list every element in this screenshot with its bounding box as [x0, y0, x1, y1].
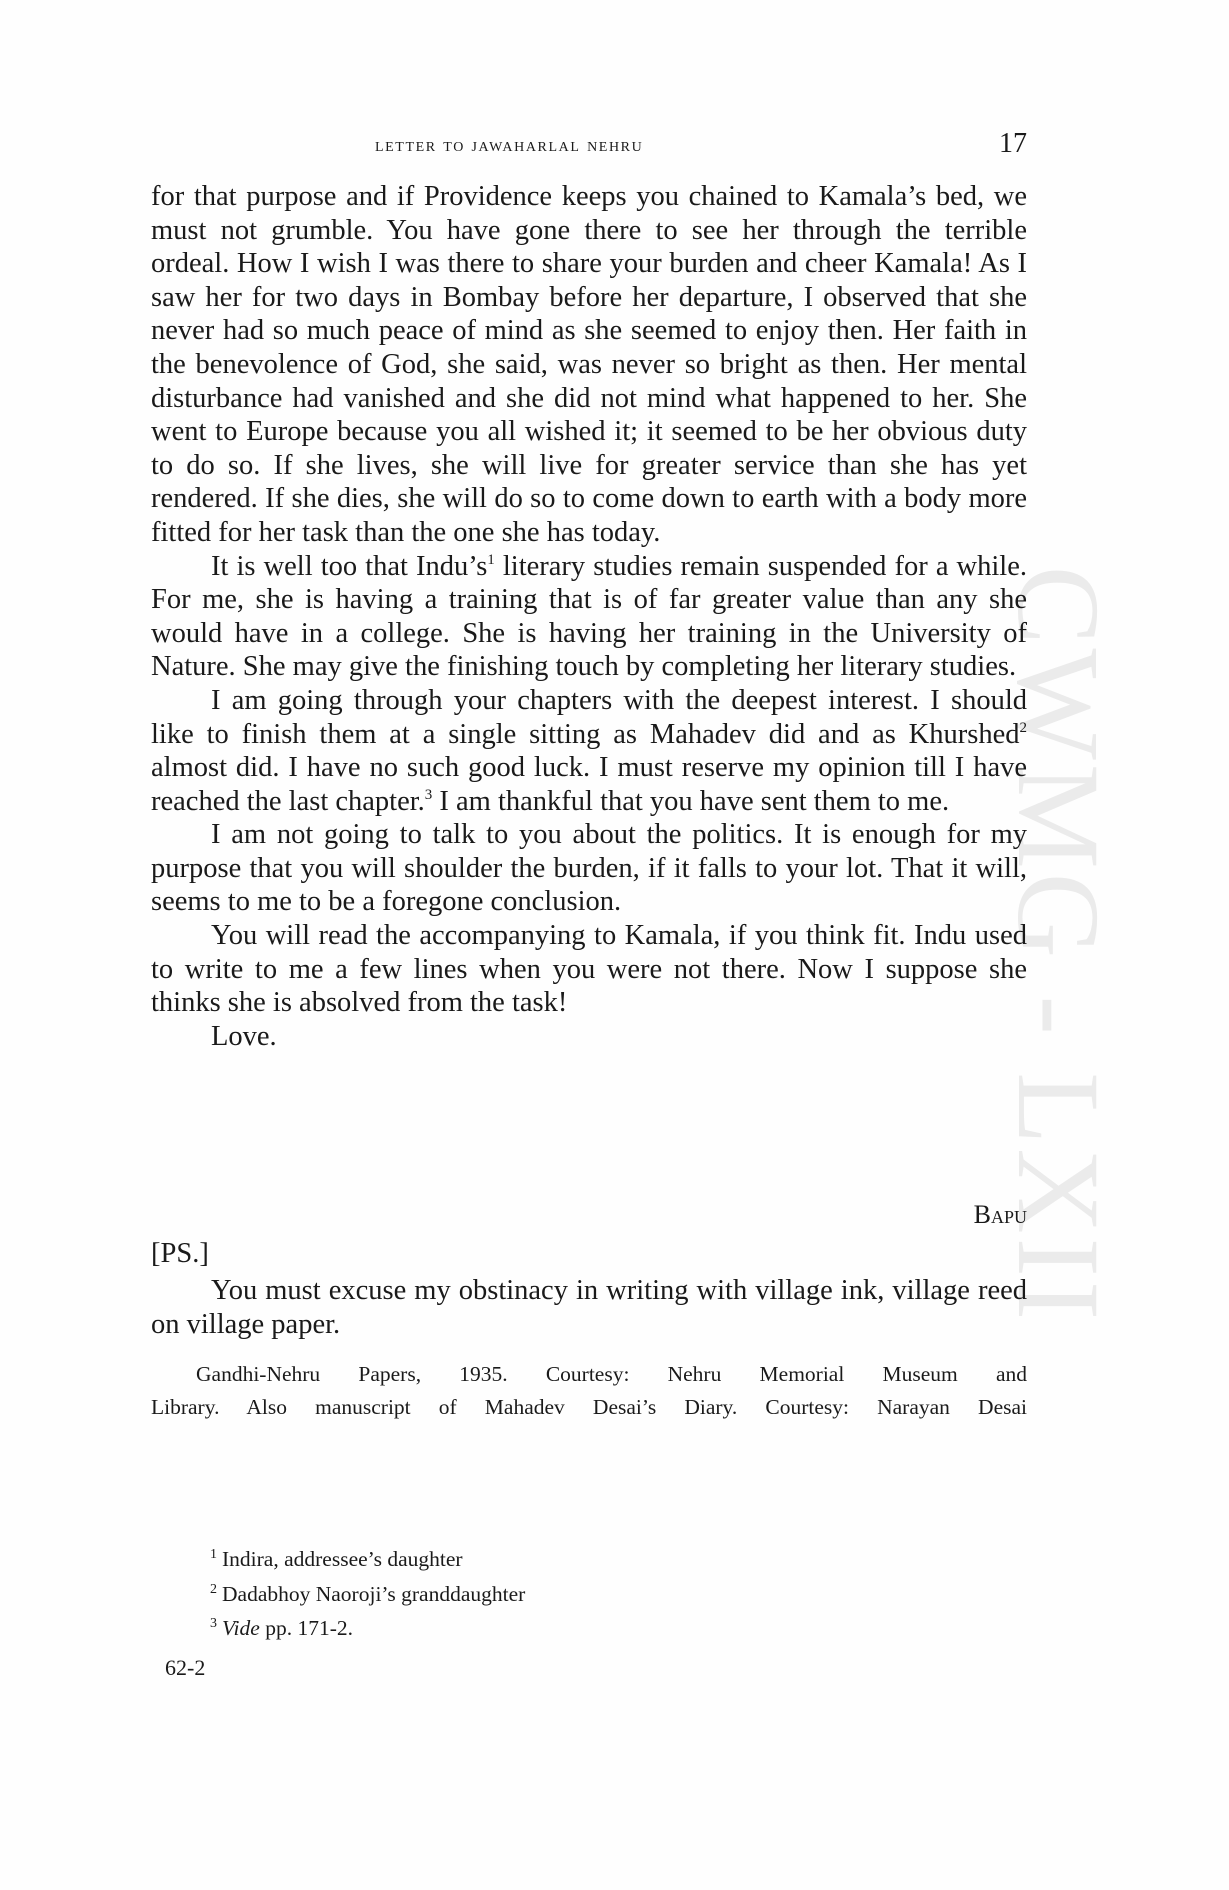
paragraph-text: You will read the accompanying to Kamala…: [151, 920, 1027, 1018]
paragraph: I am going through your chapters with th…: [151, 684, 1027, 818]
paragraph-text: It is well too that Indu’s: [211, 551, 487, 582]
footnote-text: pp. 171-2.: [260, 1616, 353, 1640]
paragraph: I am not going to talk to you about the …: [151, 818, 1027, 919]
postscript: You must excuse my obstinacy in writing …: [151, 1274, 1027, 1341]
footnote-text: Dadabhoy Naoroji’s granddaughter: [222, 1582, 525, 1606]
running-title: LETTER TO JAWAHARLAL NEHRU: [375, 134, 643, 157]
paragraph-text: I am going through your chapters with th…: [151, 685, 1027, 750]
page-number: 17: [999, 128, 1027, 160]
footnote: 3Vide pp. 171-2.: [210, 1609, 525, 1644]
footnote-number: 2: [210, 1582, 217, 1597]
paragraph: for that purpose and if Providence keeps…: [151, 180, 1027, 550]
paragraph: Love.: [151, 1020, 1027, 1054]
paragraph-text: I am not going to talk to you about the …: [151, 819, 1027, 917]
postscript-label: [PS.]: [151, 1238, 209, 1270]
paragraph-text: Love.: [211, 1021, 277, 1052]
footnote: 1Indira, addressee’s daughter: [210, 1540, 525, 1575]
paragraph-text: I am thankful that you have sent them to…: [432, 786, 949, 817]
postscript-text: You must excuse my obstinacy in writing …: [151, 1274, 1027, 1341]
paragraph-text: for that purpose and if Providence keeps…: [151, 181, 1027, 548]
footnote-number: 3: [210, 1616, 217, 1631]
signature-mark: 62-2: [165, 1655, 205, 1681]
footnote: 2Dadabhoy Naoroji’s granddaughter: [210, 1575, 525, 1610]
running-head: LETTER TO JAWAHARLAL NEHRU 17: [151, 130, 1027, 164]
footnote-number: 1: [210, 1547, 217, 1562]
footnote-italic: Vide: [222, 1616, 260, 1640]
source-note-line-2: Library. Also manuscript of Mahadev Desa…: [151, 1391, 1027, 1424]
footnotes: 1Indira, addressee’s daughter2Dadabhoy N…: [210, 1540, 525, 1644]
letter-body: for that purpose and if Providence keeps…: [151, 180, 1027, 1053]
source-note-line-1: Gandhi-Nehru Papers, 1935. Courtesy: Neh…: [151, 1358, 1027, 1391]
signature: Bapu: [151, 1200, 1027, 1230]
paragraph: You will read the accompanying to Kamala…: [151, 919, 1027, 1020]
footnote-marker[interactable]: 2: [1020, 720, 1028, 736]
footnote-marker[interactable]: 1: [487, 552, 495, 568]
paragraph: It is well too that Indu’s1 literary stu…: [151, 550, 1027, 684]
footnote-text: Indira, addressee’s daughter: [222, 1547, 463, 1571]
source-note: Gandhi-Nehru Papers, 1935. Courtesy: Neh…: [151, 1358, 1027, 1424]
